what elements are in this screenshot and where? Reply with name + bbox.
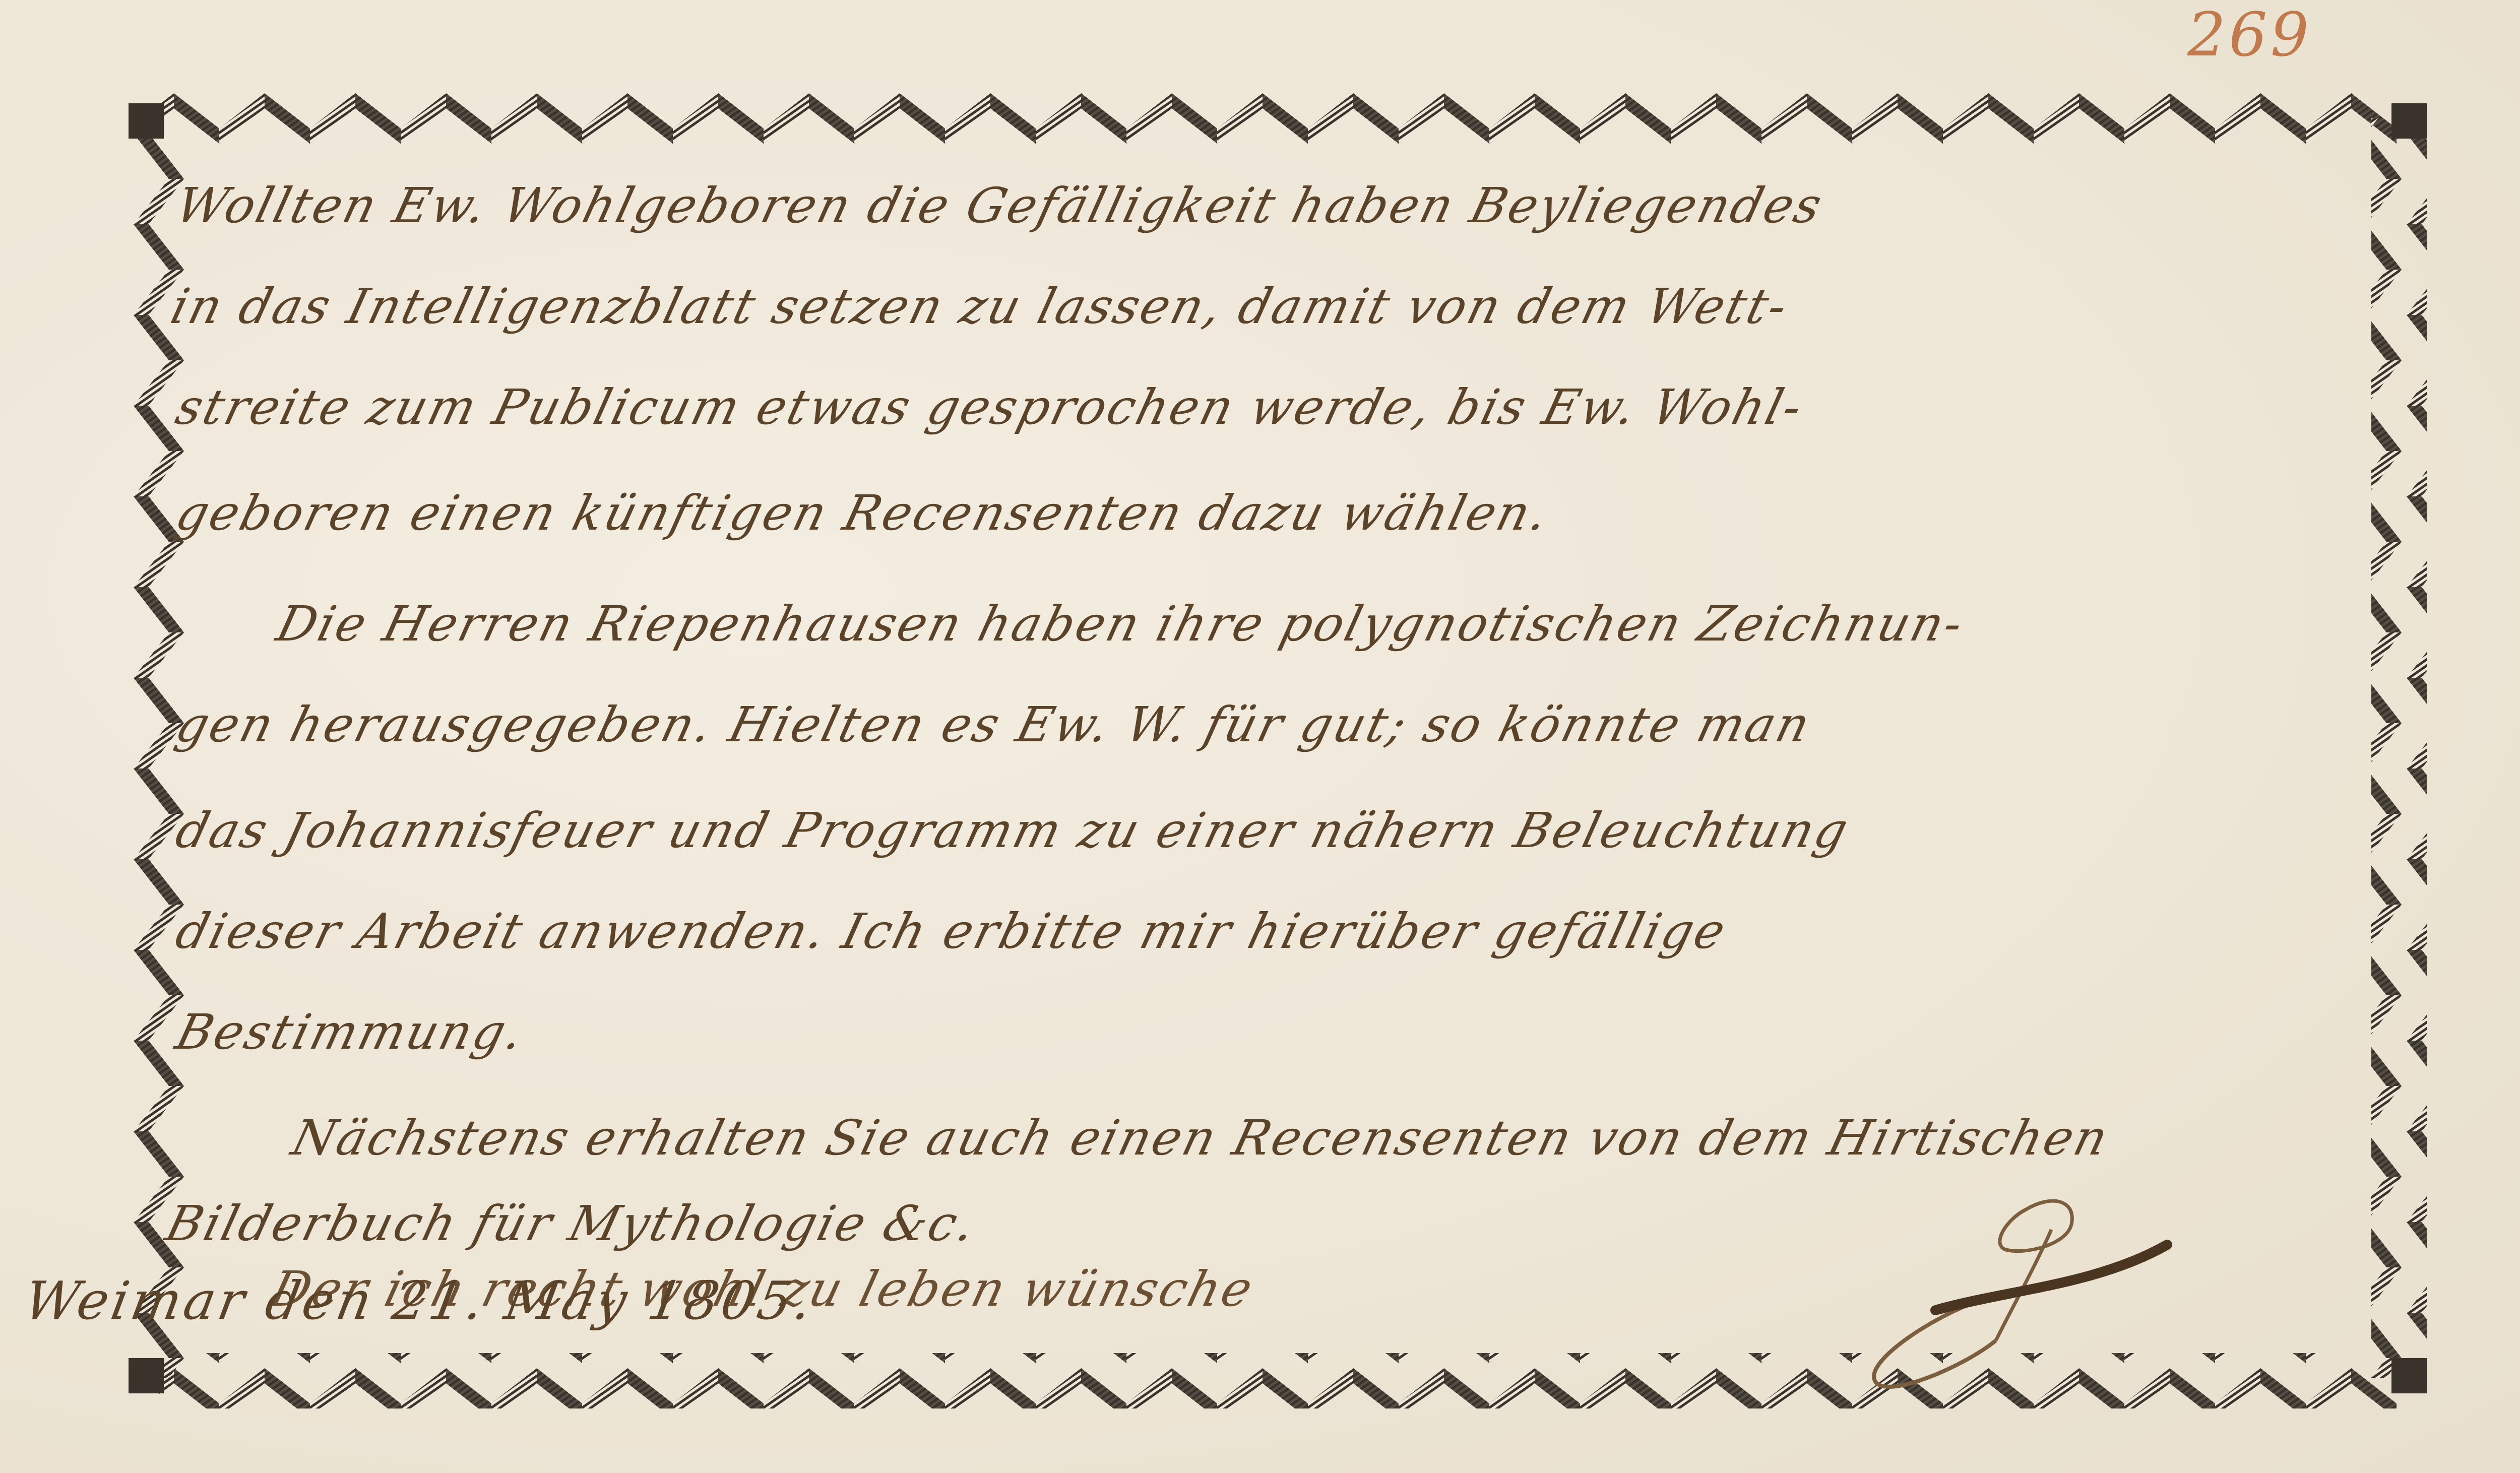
folio-number: 269	[2187, 5, 2312, 66]
letter-line-4: geboren einen künftigen Recensenten dazu…	[171, 489, 1554, 537]
letter-line-6: gen herausgegeben. Hielten es Ew. W. für…	[171, 700, 1816, 749]
letter-line-5: Die Herren Riepenhausen haben ihre polyg…	[272, 600, 1969, 648]
letter-line-8: dieser Arbeit anwenden. Ich erbitte mir …	[171, 907, 1732, 955]
letter-line-9: Bestimmung.	[171, 1008, 530, 1056]
letter-line-3: streite zum Publicum etwas gesprochen we…	[171, 383, 1808, 431]
letter-line-11: Bilderbuch für Mythologie &c.	[161, 1199, 982, 1248]
letter-line-1: Wollten Ew. Wohlgeboren die Gefälligkeit…	[171, 181, 1828, 230]
signature-g	[1814, 1189, 2268, 1401]
letter-line-7: das Johannisfeuer und Programm zu einer …	[171, 806, 1854, 855]
letter-line-10: Nächstens erhalten Sie auch einen Recens…	[287, 1114, 2114, 1162]
letter-dateline: Weimar den 21. May 1805.	[20, 1270, 820, 1331]
letter-line-2: in das Intelligenzblatt setzen zu lassen…	[166, 282, 1794, 331]
